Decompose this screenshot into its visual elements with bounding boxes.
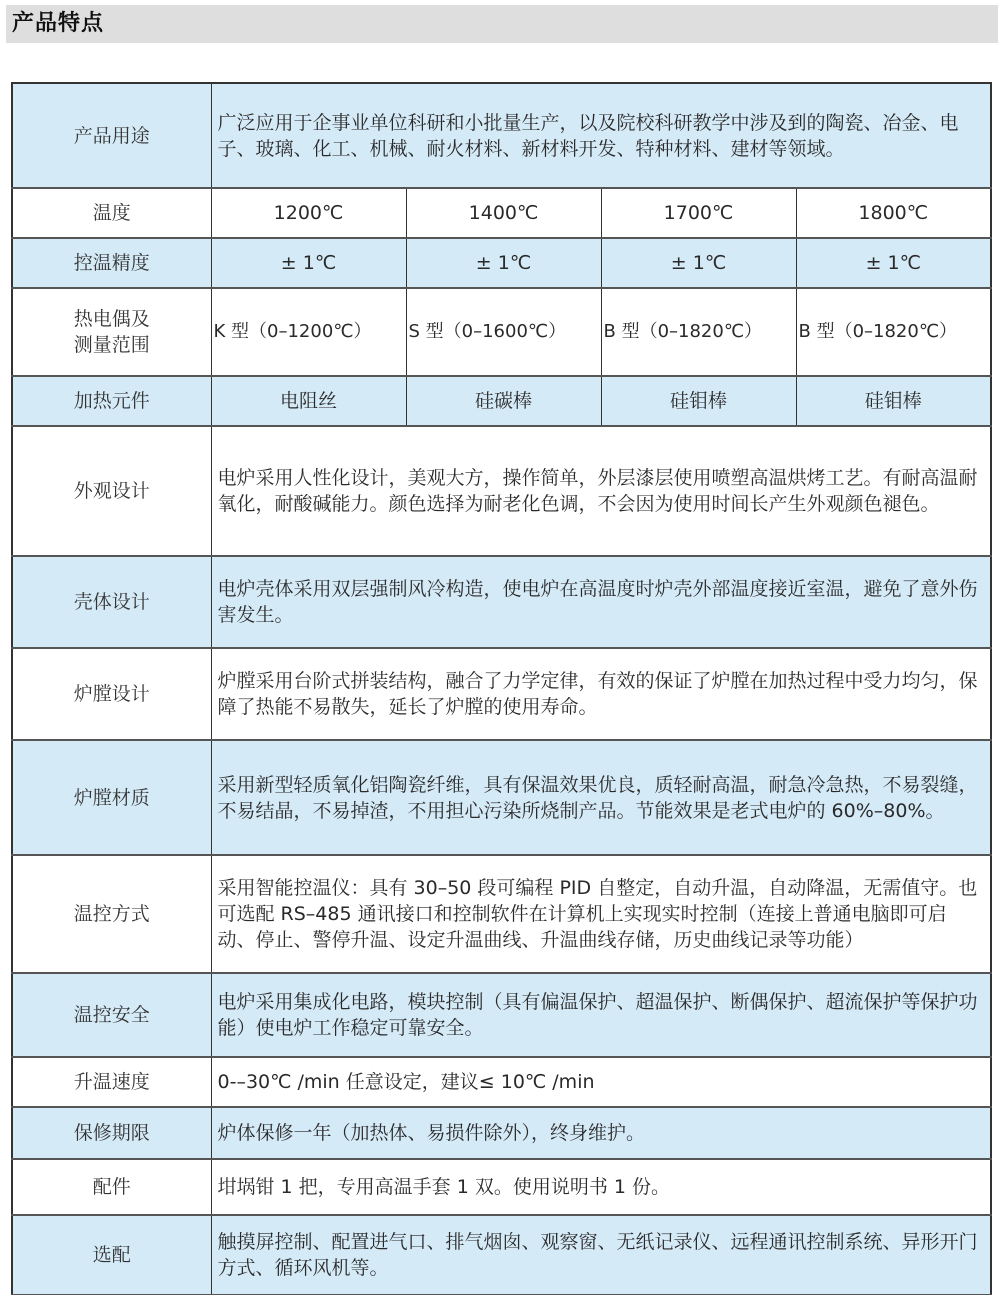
temperature-value: 1800℃ [796, 188, 991, 238]
control-safety-label: 温控安全 [12, 973, 211, 1057]
row-warranty: 保修期限 炉体保修一年（加热体、易损件除外），终身维护。 [12, 1107, 991, 1159]
precision-value: ± 1℃ [601, 238, 796, 288]
thermocouple-label: 热电偶及 测量范围 [12, 288, 211, 376]
thermocouple-value: K 型（0–1200℃） [211, 288, 406, 376]
thermocouple-value: B 型（0–1820℃） [601, 288, 796, 376]
heating-element-value: 硅钼棒 [796, 376, 991, 426]
spec-table: 产品用途 广泛应用于企事业单位科研和小批量生产，以及院校科研教学中涉及到的陶瓷、… [11, 82, 992, 1295]
row-shell: 壳体设计 电炉壳体采用双层强制风冷构造，使电炉在高温度时炉壳外部温度接近室温，避… [12, 556, 991, 648]
heating-rate-text: 0-–30℃ /min 任意设定，建议≤ 10℃ /min [211, 1057, 991, 1107]
row-appearance: 外观设计 电炉采用人性化设计，美观大方，操作简单，外层漆层使用喷塑高温烘烤工艺。… [12, 426, 991, 556]
chamber-material-text: 采用新型轻质氧化铝陶瓷纤维，具有保温效果优良，质轻耐高温，耐急冷急热，不易裂缝，… [211, 740, 991, 855]
row-temperature: 温度 1200℃ 1400℃ 1700℃ 1800℃ [12, 188, 991, 238]
chamber-design-text: 炉膛采用台阶式拼装结构，融合了力学定律，有效的保证了炉膛在加热过程中受力均匀，保… [211, 648, 991, 740]
warranty-text: 炉体保修一年（加热体、易损件除外），终身维护。 [211, 1107, 991, 1159]
row-heating-element: 加热元件 电阻丝 硅碳棒 硅钼棒 硅钼棒 [12, 376, 991, 426]
appearance-text: 电炉采用人性化设计，美观大方，操作简单，外层漆层使用喷塑高温烘烤工艺。有耐高温耐… [211, 426, 991, 556]
appearance-label: 外观设计 [12, 426, 211, 556]
thermocouple-value: S 型（0–1600℃） [406, 288, 601, 376]
row-options: 选配 触摸屏控制、配置进气口、排气烟囱、观察窗、无纸记录仪、远程通讯控制系统、异… [12, 1215, 991, 1295]
heating-element-value: 硅钼棒 [601, 376, 796, 426]
row-control-safety: 温控安全 电炉采用集成化电路，模块控制（具有偏温保护、超温保护、断偶保护、超流保… [12, 973, 991, 1057]
warranty-label: 保修期限 [12, 1107, 211, 1159]
precision-label: 控温精度 [12, 238, 211, 288]
row-usage: 产品用途 广泛应用于企事业单位科研和小批量生产，以及院校科研教学中涉及到的陶瓷、… [12, 83, 991, 188]
options-text: 触摸屏控制、配置进气口、排气烟囱、观察窗、无纸记录仪、远程通讯控制系统、异形开门… [211, 1215, 991, 1295]
section-header: 产品特点 [6, 5, 998, 43]
accessories-text: 坩埚钳 1 把，专用高温手套 1 双。使用说明书 1 份。 [211, 1159, 991, 1215]
precision-value: ± 1℃ [796, 238, 991, 288]
row-control-method: 温控方式 采用智能控温仪：具有 30–50 段可编程 PID 自整定，自动升温，… [12, 855, 991, 973]
heating-rate-label: 升温速度 [12, 1057, 211, 1107]
accessories-label: 配件 [12, 1159, 211, 1215]
row-chamber-material: 炉膛材质 采用新型轻质氧化铝陶瓷纤维，具有保温效果优良，质轻耐高温，耐急冷急热，… [12, 740, 991, 855]
usage-label: 产品用途 [12, 83, 211, 188]
chamber-material-label: 炉膛材质 [12, 740, 211, 855]
section-title: 产品特点 [12, 9, 104, 39]
heating-element-value: 硅碳棒 [406, 376, 601, 426]
shell-text: 电炉壳体采用双层强制风冷构造，使电炉在高温度时炉壳外部温度接近室温，避免了意外伤… [211, 556, 991, 648]
options-label: 选配 [12, 1215, 211, 1295]
row-chamber-design: 炉膛设计 炉膛采用台阶式拼装结构，融合了力学定律，有效的保证了炉膛在加热过程中受… [12, 648, 991, 740]
precision-value: ± 1℃ [406, 238, 601, 288]
control-safety-text: 电炉采用集成化电路，模块控制（具有偏温保护、超温保护、断偶保护、超流保护等保护功… [211, 973, 991, 1057]
row-thermocouple: 热电偶及 测量范围 K 型（0–1200℃） S 型（0–1600℃） B 型（… [12, 288, 991, 376]
chamber-design-label: 炉膛设计 [12, 648, 211, 740]
precision-value: ± 1℃ [211, 238, 406, 288]
heating-element-value: 电阻丝 [211, 376, 406, 426]
thermocouple-label-line2: 测量范围 [13, 332, 211, 358]
temperature-value: 1200℃ [211, 188, 406, 238]
control-method-text: 采用智能控温仪：具有 30–50 段可编程 PID 自整定，自动升温，自动降温，… [211, 855, 991, 973]
thermocouple-label-line1: 热电偶及 [13, 306, 211, 332]
row-accessories: 配件 坩埚钳 1 把，专用高温手套 1 双。使用说明书 1 份。 [12, 1159, 991, 1215]
temperature-label: 温度 [12, 188, 211, 238]
temperature-value: 1400℃ [406, 188, 601, 238]
row-precision: 控温精度 ± 1℃ ± 1℃ ± 1℃ ± 1℃ [12, 238, 991, 288]
heating-element-label: 加热元件 [12, 376, 211, 426]
thermocouple-value: B 型（0–1820℃） [796, 288, 991, 376]
row-heating-rate: 升温速度 0-–30℃ /min 任意设定，建议≤ 10℃ /min [12, 1057, 991, 1107]
temperature-value: 1700℃ [601, 188, 796, 238]
usage-text: 广泛应用于企事业单位科研和小批量生产，以及院校科研教学中涉及到的陶瓷、冶金、电子… [211, 83, 991, 188]
control-method-label: 温控方式 [12, 855, 211, 973]
shell-label: 壳体设计 [12, 556, 211, 648]
